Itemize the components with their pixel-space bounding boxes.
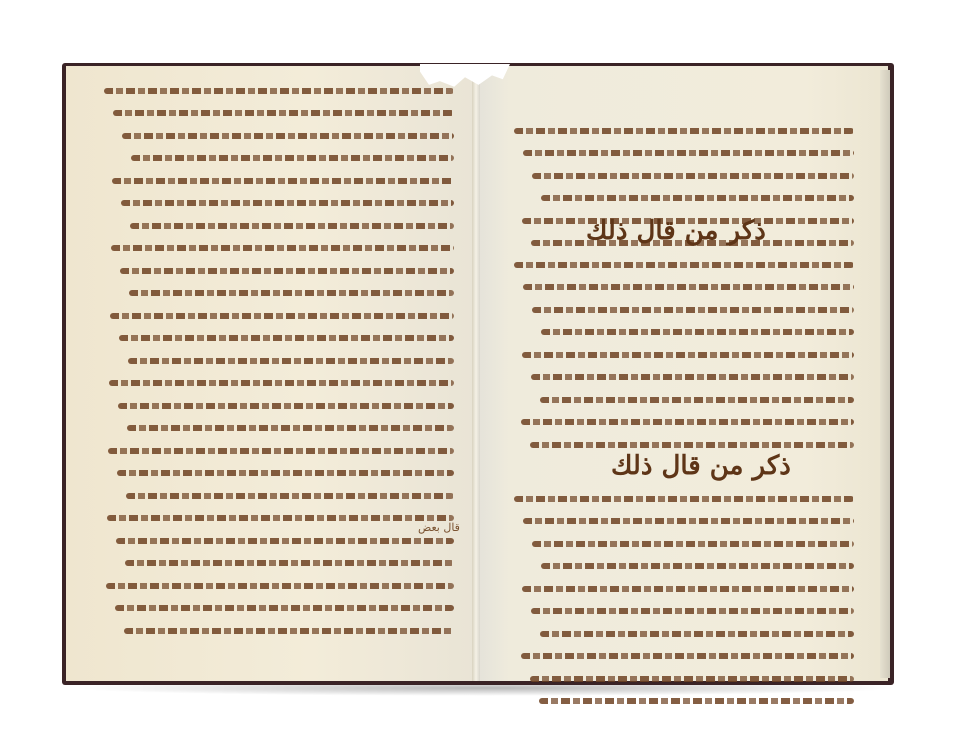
manuscript-line — [508, 367, 854, 390]
manuscript-line — [98, 620, 454, 643]
manuscript-line — [508, 143, 854, 166]
manuscript-line — [98, 125, 454, 148]
manuscript-line — [98, 350, 454, 373]
manuscript-line — [98, 80, 454, 103]
manuscript-line — [98, 305, 454, 328]
manuscript-line — [508, 254, 854, 277]
manuscript-line — [98, 215, 454, 238]
manuscript-line — [98, 530, 454, 553]
manuscript-line — [508, 668, 854, 691]
manuscript-line — [508, 691, 854, 714]
manuscript-line — [508, 556, 854, 579]
manuscript-line — [508, 646, 854, 669]
manuscript-line — [508, 165, 854, 188]
marginal-note: قال بعض — [418, 521, 460, 534]
section-heading-upper: ذكر من قال ذلك — [586, 216, 766, 246]
manuscript-line — [98, 508, 454, 531]
manuscript-line — [98, 575, 454, 598]
manuscript-line — [98, 418, 454, 441]
manuscript-line — [98, 598, 454, 621]
manuscript-line — [98, 395, 454, 418]
manuscript-line — [508, 322, 854, 345]
manuscript-line — [508, 277, 854, 300]
manuscript-line — [98, 328, 454, 351]
manuscript-line — [98, 553, 454, 576]
manuscript-line — [98, 148, 454, 171]
manuscript-line — [508, 578, 854, 601]
manuscript-line — [98, 485, 454, 508]
manuscript-line — [508, 389, 854, 412]
book-gutter — [472, 66, 480, 681]
right-page: ذكر من قال ذلك ذكر من قال ذلك — [476, 66, 888, 681]
manuscript-line — [508, 120, 854, 143]
page-edges — [880, 70, 890, 678]
manuscript-line — [98, 193, 454, 216]
manuscript-line — [508, 188, 854, 211]
manuscript-line — [508, 299, 854, 322]
manuscript-line — [508, 488, 854, 511]
manuscript-line — [98, 283, 454, 306]
manuscript-line — [508, 412, 854, 435]
manuscript-line — [98, 440, 454, 463]
manuscript-line — [98, 170, 454, 193]
manuscript-line — [508, 601, 854, 624]
manuscript-line — [508, 511, 854, 534]
manuscript-line — [508, 533, 854, 556]
manuscript-line — [98, 373, 454, 396]
manuscript-line — [98, 260, 454, 283]
right-page-text-middle — [508, 254, 854, 457]
left-page: قال بعض — [66, 66, 476, 681]
section-heading-lower: ذكر من قال ذلك — [611, 451, 791, 481]
manuscript-line — [508, 344, 854, 367]
left-page-text — [98, 80, 454, 643]
manuscript-line — [98, 238, 454, 261]
manuscript-line — [98, 103, 454, 126]
manuscript-line — [98, 463, 454, 486]
right-page-text-bottom — [508, 488, 854, 713]
manuscript-line — [508, 623, 854, 646]
